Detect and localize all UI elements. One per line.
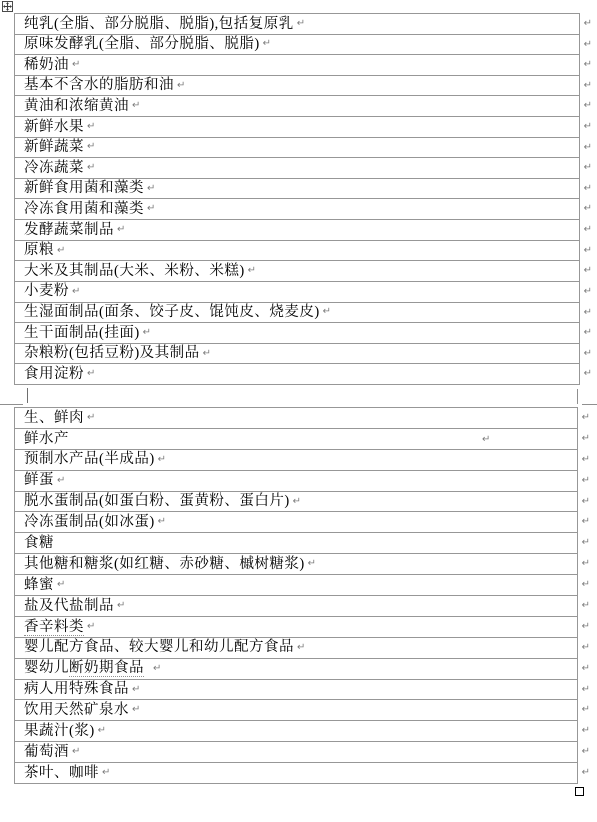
text-boundary-corner-mark-right-h [582, 404, 597, 405]
cell-end-mark-icon: ↵ [323, 307, 331, 317]
row-end-mark-icon: ↵ [582, 559, 590, 569]
cell-end-mark-icon: ↵ [297, 643, 305, 653]
row-end-mark-icon: ↵ [582, 580, 590, 590]
row-end-mark-icon: ↵ [584, 266, 592, 276]
row-end-mark-icon: ↵ [584, 19, 592, 29]
cell-end-mark-icon: ↵ [57, 580, 65, 590]
table-cell-text[interactable]: 婴儿配方食品、较大婴儿和幼儿配方食品 [24, 640, 294, 655]
table-cell-text[interactable]: 婴幼儿断奶期食品 [24, 661, 144, 676]
table-row[interactable]: 盐及代盐制品↵↵ [15, 595, 577, 616]
table-cell-text[interactable]: 原味发酵乳(全脂、部分脱脂、脱脂) [24, 37, 260, 52]
food-table-2[interactable]: 生、鲜肉↵↵鲜水产↵↵预制水产品(半成品)↵↵鲜蛋↵↵脱水蛋制品(如蛋白粉、蛋黄… [14, 407, 578, 784]
cell-end-mark-icon: ↵ [293, 497, 301, 507]
row-end-mark-icon: ↵ [582, 455, 590, 465]
row-end-mark-icon: ↵ [584, 287, 592, 297]
table-cell-text[interactable]: 生、鲜肉 [24, 411, 84, 426]
table-cell-text[interactable]: 冷冻食用菌和藻类 [24, 202, 144, 217]
table-cell-text[interactable]: 鲜水产 [24, 432, 69, 447]
row-end-mark-icon: ↵ [584, 204, 592, 214]
table-row[interactable]: 原味发酵乳(全脂、部分脱脂、脱脂)↵↵ [15, 34, 579, 55]
cell-end-mark-icon: ↵ [87, 369, 95, 379]
cell-end-mark-icon: ↵ [297, 19, 305, 29]
table-row[interactable]: 饮用天然矿泉水↵↵ [15, 699, 577, 720]
row-end-mark-icon: ↵ [584, 225, 592, 235]
table-row[interactable]: 杂粮粉(包括豆粉)及其制品↵↵ [15, 343, 579, 364]
cell-end-mark-icon: ↵ [158, 517, 166, 527]
row-end-mark-icon: ↵ [582, 643, 590, 653]
table-cell-text[interactable]: 食糖 [24, 536, 54, 551]
table-row[interactable]: 新鲜水果↵↵ [15, 116, 579, 137]
paragraph-mark [27, 388, 28, 403]
table-row[interactable]: 冷冻食用菌和藻类↵↵ [15, 198, 579, 219]
table-row[interactable]: 大米及其制品(大米、米粉、米糕)↵↵ [15, 260, 579, 281]
table-cell-text[interactable]: 预制水产品(半成品) [24, 452, 155, 467]
cell-end-mark-icon: ↵ [87, 163, 95, 173]
table-row[interactable]: 蜂蜜↵↵ [15, 574, 577, 595]
cell-end-mark-icon: ↵ [177, 81, 185, 91]
cell-end-mark-icon: ↵ [132, 705, 140, 715]
row-end-mark-icon: ↵ [584, 349, 592, 359]
cell-end-mark-icon: ↵ [203, 349, 211, 359]
row-end-mark-icon: ↵ [582, 747, 590, 757]
table-cell-text[interactable]: 生湿面制品(面条、饺子皮、馄饨皮、烧麦皮) [24, 305, 320, 320]
table-row[interactable]: 其他糖和糖浆(如红糖、赤砂糖、槭树糖浆)↵↵ [15, 553, 577, 574]
table-row[interactable]: 鲜水产↵↵ [15, 428, 577, 449]
cell-end-mark-icon: ↵ [132, 101, 140, 111]
table-cell-text[interactable]: 新鲜水果 [24, 120, 84, 135]
cell-end-mark-icon: ↵ [248, 266, 256, 276]
cell-end-mark-icon: ↵ [98, 726, 106, 736]
move-icon [3, 2, 12, 11]
table-row[interactable]: 稀奶油↵↵ [15, 54, 579, 75]
row-end-mark-icon: ↵ [584, 40, 592, 50]
row-end-mark-icon: ↵ [584, 143, 592, 153]
row-end-mark-icon: ↵ [584, 328, 592, 338]
table-row[interactable]: 纯乳(全脂、部分脱脂、脱脂),包括复原乳↵↵ [15, 14, 579, 34]
table-cell-text[interactable]: 新鲜蔬菜 [24, 140, 84, 155]
table-cell-text[interactable]: 病人用特殊食品 [24, 682, 129, 697]
cell-text-plain: 婴幼儿 [24, 660, 69, 676]
table-row[interactable]: 冷冻蛋制品(如冰蛋)↵↵ [15, 511, 577, 532]
cell-end-mark-icon: ↵ [72, 287, 80, 297]
table-row[interactable]: 葡萄酒↵↵ [15, 741, 577, 762]
table-cell-text[interactable]: 发酵蔬菜制品 [24, 223, 114, 238]
text-boundary-corner-mark-left [0, 404, 23, 405]
row-end-mark-icon: ↵ [584, 163, 592, 173]
cell-end-mark-icon: ↵ [87, 142, 95, 152]
cell-end-mark-icon: ↵ [308, 559, 316, 569]
table-cell-text[interactable]: 盐及代盐制品 [24, 599, 114, 614]
table-cell-text[interactable]: 基本不含水的脂肪和油 [24, 78, 174, 93]
table-row[interactable]: 小麦粉↵↵ [15, 281, 579, 302]
cell-end-mark-icon: ↵ [87, 122, 95, 132]
row-end-mark-icon: ↵ [582, 726, 590, 736]
table-row[interactable]: 病人用特殊食品↵↵ [15, 679, 577, 700]
cell-end-mark-icon: ↵ [153, 664, 161, 674]
table-row[interactable]: 生干面制品(挂面)↵↵ [15, 322, 579, 343]
table-row[interactable]: 食用淀粉↵↵ [15, 363, 579, 384]
row-end-mark-icon: ↵ [582, 601, 590, 611]
table-row[interactable]: 基本不含水的脂肪和油↵↵ [15, 75, 579, 96]
cell-end-mark-icon: ↵ [117, 601, 125, 611]
table-cell-text[interactable]: 脱水蛋制品(如蛋白粉、蛋黄粉、蛋白片) [24, 494, 290, 509]
table-cell-text[interactable]: 稀奶油 [24, 58, 69, 73]
cell-end-mark-icon: ↵ [87, 622, 95, 632]
table-row[interactable]: 鲜蛋↵↵ [15, 470, 577, 491]
row-end-mark-icon: ↵ [584, 60, 592, 70]
table-row[interactable]: 黄油和浓缩黄油↵↵ [15, 95, 579, 116]
cell-end-mark-icon: ↵ [263, 39, 271, 49]
row-end-mark-icon: ↵ [582, 413, 590, 423]
cell-end-mark-icon: ↵ [72, 747, 80, 757]
table-cell-text[interactable]: 纯乳(全脂、部分脱脂、脱脂),包括复原乳 [24, 17, 294, 32]
table-cell-text[interactable]: 黄油和浓缩黄油 [24, 99, 129, 114]
cell-end-mark-icon: ↵ [143, 328, 151, 338]
table-cell-text[interactable]: 葡萄酒 [24, 745, 69, 760]
row-end-mark-icon: ↵ [582, 538, 590, 548]
table-move-handle[interactable] [2, 1, 13, 12]
table-cell-text[interactable]: 新鲜食用菌和藻类 [24, 181, 144, 196]
cell-end-mark-icon: ↵ [158, 455, 166, 465]
cell-end-mark-icon: ↵ [87, 413, 95, 423]
table-cell-text[interactable]: 原粮 [24, 243, 54, 258]
table-row[interactable]: 果蔬汁(浆)↵↵ [15, 720, 577, 741]
table-cell-text[interactable]: 小麦粉 [24, 284, 69, 299]
cell-end-mark-icon: ↵ [147, 204, 155, 214]
table-resize-handle[interactable] [575, 787, 584, 796]
table-cell-text[interactable]: 饮用天然矿泉水 [24, 703, 129, 718]
table-row[interactable]: 发酵蔬菜制品↵↵ [15, 219, 579, 240]
cell-end-mark-icon: ↵ [72, 60, 80, 70]
cell-end-mark-icon: ↵ [147, 184, 155, 194]
cell-end-mark-icon: ↵ [132, 685, 140, 695]
table-cell-text[interactable]: 果蔬汁(浆) [24, 724, 95, 739]
row-end-mark-icon: ↵ [582, 622, 590, 632]
row-end-mark-icon: ↵ [584, 184, 592, 194]
table-cell-text[interactable]: 蜂蜜 [24, 578, 54, 593]
table-cell-text[interactable]: 冷冻蔬菜 [24, 161, 84, 176]
spellcheck-underlined-text: 香辛料类 [24, 619, 84, 636]
row-end-mark-icon: ↵ [582, 685, 590, 695]
row-end-mark-icon: ↵ [584, 81, 592, 91]
row-end-mark-icon: ↵ [582, 517, 590, 527]
table-row[interactable]: 茶叶、咖啡↵↵ [15, 762, 577, 783]
row-end-mark-icon: ↵ [582, 768, 590, 778]
row-end-mark-icon: ↵ [584, 122, 592, 132]
text-boundary-corner-mark-right [577, 389, 578, 404]
document-page[interactable]: 纯乳(全脂、部分脱脂、脱脂),包括复原乳↵↵原味发酵乳(全脂、部分脱脂、脱脂)↵… [0, 0, 597, 822]
row-end-mark-icon: ↵ [582, 476, 590, 486]
table-cell-text[interactable]: 冷冻蛋制品(如冰蛋) [24, 515, 155, 530]
table-cell-text[interactable]: 其他糖和糖浆(如红糖、赤砂糖、槭树糖浆) [24, 557, 305, 572]
row-end-mark-icon: ↵ [582, 497, 590, 507]
cell-end-mark-icon: ↵ [57, 476, 65, 486]
cell-end-mark-icon: ↵ [102, 768, 110, 778]
table-row[interactable]: 原粮↵↵ [15, 240, 579, 261]
table-row[interactable]: 食糖↵ [15, 532, 577, 553]
table-cell-text[interactable]: 茶叶、咖啡 [24, 766, 99, 781]
table-row[interactable]: 婴幼儿断奶期食品↵↵ [15, 658, 577, 679]
row-end-mark-icon: ↵ [582, 434, 590, 444]
row-end-mark-icon: ↵ [584, 308, 592, 318]
table-row[interactable]: 新鲜蔬菜↵↵ [15, 137, 579, 158]
table-cell-text[interactable]: 生干面制品(挂面) [24, 326, 140, 341]
table-row[interactable]: 香辛料类↵↵ [15, 616, 577, 637]
row-end-mark-icon: ↵ [584, 246, 592, 256]
table-row[interactable]: 预制水产品(半成品)↵↵ [15, 449, 577, 470]
cell-end-mark-icon: ↵ [57, 246, 65, 256]
table-row[interactable]: 婴儿配方食品、较大婴儿和幼儿配方食品↵↵ [15, 637, 577, 658]
table-row[interactable]: 生、鲜肉↵↵ [15, 408, 577, 428]
cell-end-mark-icon: ↵ [117, 225, 125, 235]
food-table-1[interactable]: 纯乳(全脂、部分脱脂、脱脂),包括复原乳↵↵原味发酵乳(全脂、部分脱脂、脱脂)↵… [14, 13, 580, 385]
table-row[interactable]: 生湿面制品(面条、饺子皮、馄饨皮、烧麦皮)↵↵ [15, 302, 579, 323]
table-row[interactable]: 新鲜食用菌和藻类↵↵ [15, 178, 579, 199]
row-end-mark-icon: ↵ [582, 664, 590, 674]
spellcheck-underlined-text: 断奶期食品 [69, 660, 144, 677]
row-end-mark-icon: ↵ [582, 705, 590, 715]
table-row[interactable]: 脱水蛋制品(如蛋白粉、蛋黄粉、蛋白片)↵↵ [15, 491, 577, 512]
row-end-mark-icon: ↵ [584, 369, 592, 379]
row-end-mark-icon: ↵ [584, 101, 592, 111]
table-cell-text[interactable]: 大米及其制品(大米、米粉、米糕) [24, 264, 245, 279]
table-row[interactable]: 冷冻蔬菜↵↵ [15, 157, 579, 178]
cell-end-mark-icon: ↵ [482, 435, 490, 445]
table-cell-text[interactable]: 食用淀粉 [24, 367, 84, 382]
table-cell-text[interactable]: 杂粮粉(包括豆粉)及其制品 [24, 346, 200, 361]
table-cell-text[interactable]: 鲜蛋 [24, 473, 54, 488]
table-cell-text[interactable]: 香辛料类 [24, 620, 84, 635]
